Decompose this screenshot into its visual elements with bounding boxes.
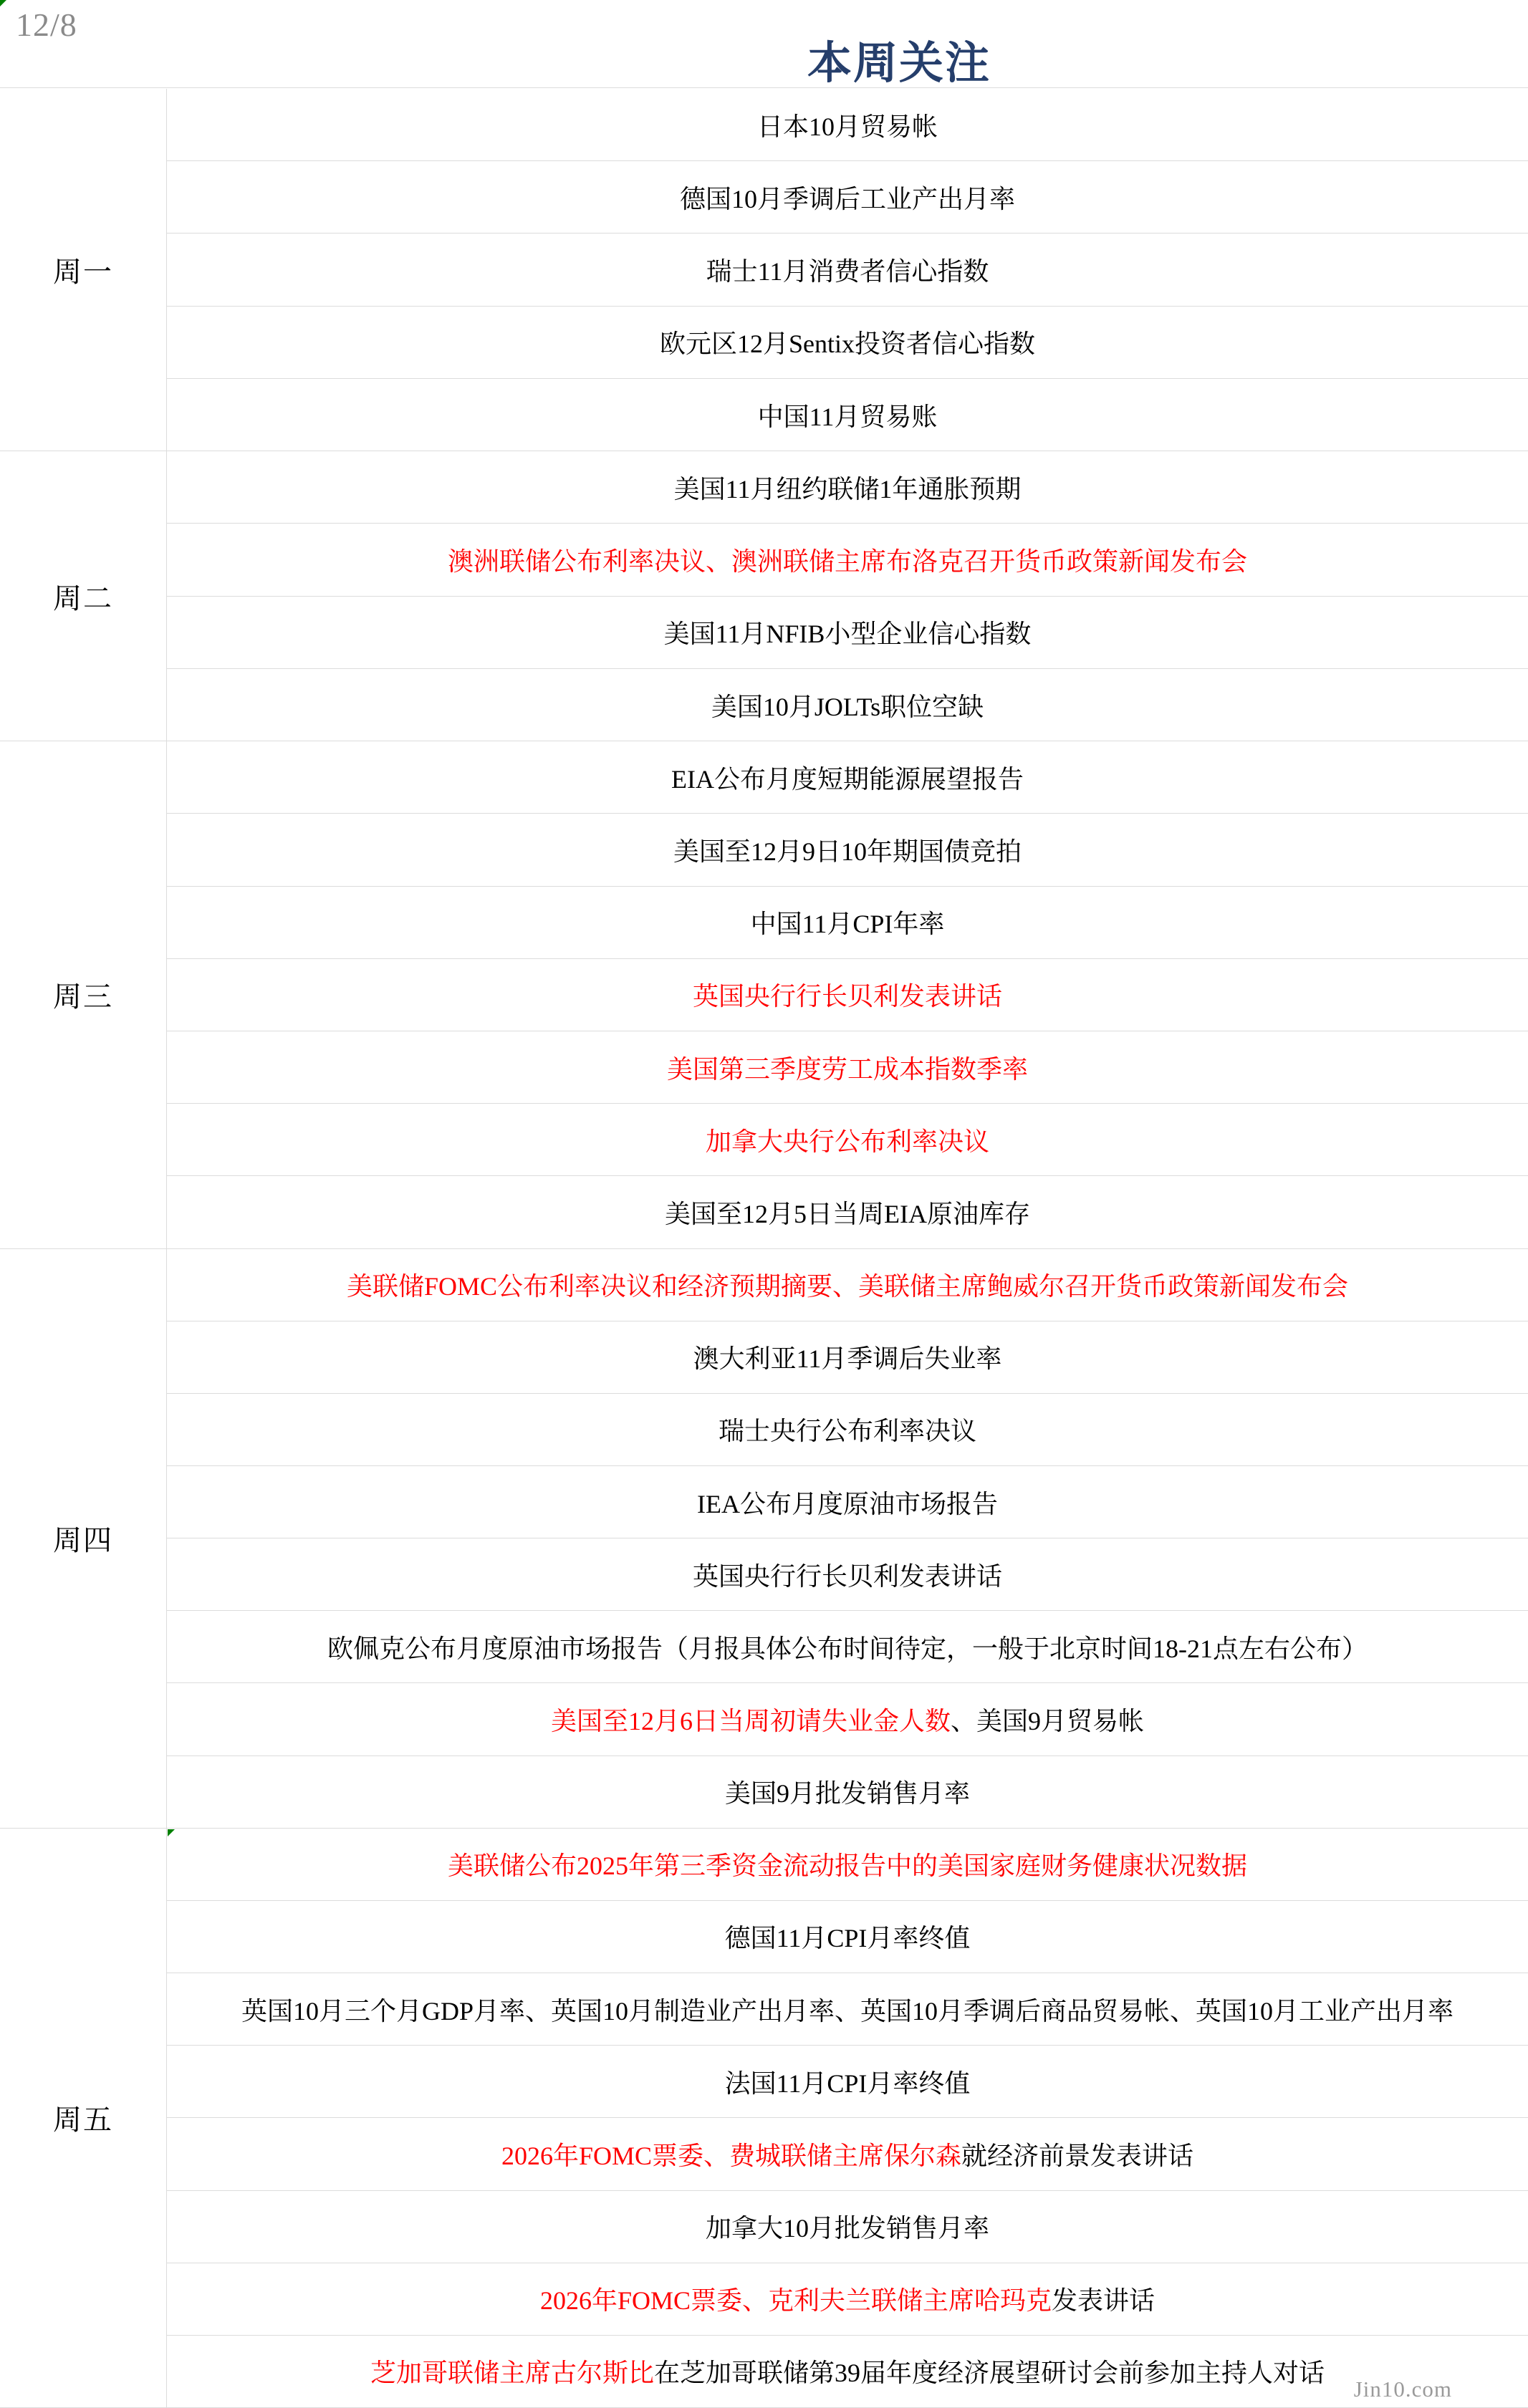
event-text: 加拿大央行公布利率决议	[706, 1122, 989, 1158]
date-label: 12/8	[16, 6, 77, 44]
event-row: 2026年FOMC票委、克利夫兰联储主席哈玛克发表讲话	[167, 2263, 1528, 2336]
event-row: 瑞士11月消费者信心指数	[167, 233, 1528, 306]
event-text: IEA公布月度原油市场报告	[697, 1484, 998, 1521]
event-text: 法国11月CPI月率终值	[725, 2063, 971, 2100]
event-text: 、美国9月贸易帐	[951, 1701, 1144, 1738]
day-label: 周三	[53, 974, 113, 1015]
event-text: 美国至12月9日10年期国债竞拍	[673, 832, 1022, 868]
event-text: 澳大利亚11月季调后失业率	[693, 1339, 1002, 1375]
day-cell: 周五	[0, 1829, 167, 2407]
event-text: 美联储FOMC公布利率决议和经济预期摘要、美联储主席鲍威尔召开货币政策新闻发布会	[347, 1266, 1348, 1303]
event-text: 发表讲话	[1052, 2281, 1155, 2317]
event-text: 欧佩克公布月度原油市场报告（月报具体公布时间待定，一般于北京时间18-21点左右…	[327, 1629, 1368, 1665]
event-row: 中国11月贸易账	[167, 379, 1528, 451]
event-text: 德国10月季调后工业产出月率	[680, 179, 1015, 216]
event-text: EIA公布月度短期能源展望报告	[671, 759, 1024, 796]
event-row: 中国11月CPI年率	[167, 887, 1528, 959]
event-text: 欧元区12月Sentix投资者信心指数	[660, 324, 1035, 360]
event-row: 美国至12月5日当周EIA原油库存	[167, 1176, 1528, 1248]
event-row: 美联储FOMC公布利率决议和经济预期摘要、美联储主席鲍威尔召开货币政策新闻发布会	[167, 1249, 1528, 1321]
event-row: 欧佩克公布月度原油市场报告（月报具体公布时间待定，一般于北京时间18-21点左右…	[167, 1611, 1528, 1683]
event-row: 美国10月JOLTs职位空缺	[167, 669, 1528, 741]
event-text: 美国9月批发销售月率	[725, 1773, 970, 1810]
event-text: 中国11月贸易账	[758, 397, 938, 433]
weekday-section: 周五 美联储公布2025年第三季资金流动报告中的美国家庭财务健康状况数据 德国1…	[0, 1829, 1528, 2408]
event-row: 加拿大10月批发销售月率	[167, 2191, 1528, 2263]
event-text: 美国至12月6日当周初请失业金人数	[551, 1701, 951, 1738]
event-row: 美联储公布2025年第三季资金流动报告中的美国家庭财务健康状况数据	[167, 1829, 1528, 1901]
day-cell: 周四	[0, 1249, 167, 1828]
event-row: EIA公布月度短期能源展望报告	[167, 741, 1528, 814]
weekday-section: 周四 美联储FOMC公布利率决议和经济预期摘要、美联储主席鲍威尔召开货币政策新闻…	[0, 1249, 1528, 1829]
event-row: 美国第三季度劳工成本指数季率	[167, 1031, 1528, 1104]
event-text: 在芝加哥联储第39届年度经济展望研讨会前参加主持人对话	[654, 2353, 1325, 2389]
event-text: 加拿大10月批发销售月率	[706, 2208, 989, 2245]
event-row: 美国9月批发销售月率	[167, 1756, 1528, 1828]
event-text: 瑞士11月消费者信心指数	[706, 251, 989, 288]
event-text: 美国11月纽约联储1年通胀预期	[674, 469, 1022, 506]
section-rows: EIA公布月度短期能源展望报告 美国至12月9日10年期国债竞拍 中国11月CP…	[167, 741, 1528, 1248]
day-label: 周一	[53, 249, 113, 290]
day-cell: 周二	[0, 451, 167, 741]
event-text: 美国第三季度劳工成本指数季率	[667, 1049, 1028, 1086]
weekday-section: 周三 EIA公布月度短期能源展望报告 美国至12月9日10年期国债竞拍 中国11…	[0, 741, 1528, 1248]
day-label: 周五	[53, 2097, 113, 2138]
event-row: 美国至12月6日当周初请失业金人数、美国9月贸易帐	[167, 1683, 1528, 1756]
day-label: 周四	[53, 1518, 113, 1559]
cell-corner-marker-icon	[168, 1829, 175, 1836]
event-row: 日本10月贸易帐	[167, 89, 1528, 161]
header: 12/8 本周关注	[0, 0, 1528, 88]
event-row: 澳洲联储公布利率决议、澳洲联储主席布洛克召开货币政策新闻发布会	[167, 524, 1528, 596]
weekday-section: 周一 日本10月贸易帐 德国10月季调后工业产出月率 瑞士11月消费者信心指数 …	[0, 89, 1528, 451]
section-rows: 日本10月贸易帐 德国10月季调后工业产出月率 瑞士11月消费者信心指数 欧元区…	[167, 89, 1528, 451]
event-text: 美国10月JOLTs职位空缺	[711, 687, 984, 723]
event-text: 美联储公布2025年第三季资金流动报告中的美国家庭财务健康状况数据	[448, 1846, 1247, 1882]
event-row: 芝加哥联储主席古尔斯比在芝加哥联储第39届年度经济展望研讨会前参加主持人对话	[167, 2336, 1528, 2407]
event-row: 美国至12月9日10年期国债竞拍	[167, 814, 1528, 886]
event-text: 美国至12月5日当周EIA原油库存	[665, 1194, 1030, 1231]
event-text: 德国11月CPI月率终值	[725, 1918, 971, 1955]
event-row: 德国11月CPI月率终值	[167, 1901, 1528, 1973]
event-text: 美国11月NFIB小型企业信心指数	[664, 614, 1032, 650]
section-rows: 美联储FOMC公布利率决议和经济预期摘要、美联储主席鲍威尔召开货币政策新闻发布会…	[167, 1249, 1528, 1828]
event-row: 瑞士央行公布利率决议	[167, 1394, 1528, 1466]
day-cell: 周三	[0, 741, 167, 1248]
event-text: 澳洲联储公布利率决议、澳洲联储主席布洛克召开货币政策新闻发布会	[448, 541, 1247, 578]
event-row: 2026年FOMC票委、费城联储主席保尔森就经济前景发表讲话	[167, 2118, 1528, 2190]
event-text: 2026年FOMC票委、费城联储主席保尔森	[501, 2136, 961, 2172]
event-text: 2026年FOMC票委、克利夫兰联储主席哈玛克	[540, 2281, 1052, 2317]
event-row: 加拿大央行公布利率决议	[167, 1104, 1528, 1176]
event-row: IEA公布月度原油市场报告	[167, 1466, 1528, 1538]
day-cell: 周一	[0, 89, 167, 451]
event-row: 法国11月CPI月率终值	[167, 2046, 1528, 2118]
event-row: 澳大利亚11月季调后失业率	[167, 1321, 1528, 1394]
event-text: 就经济前景发表讲话	[961, 2136, 1193, 2172]
event-text: 英国10月三个月GDP月率、英国10月制造业产出月率、英国10月季调后商品贸易帐…	[241, 1991, 1453, 2028]
section-rows: 美国11月纽约联储1年通胀预期 澳洲联储公布利率决议、澳洲联储主席布洛克召开货币…	[167, 451, 1528, 741]
event-row: 英国央行行长贝利发表讲话	[167, 959, 1528, 1031]
event-text: 日本10月贸易帐	[757, 107, 938, 143]
event-row: 英国央行行长贝利发表讲话	[167, 1538, 1528, 1611]
event-text: 瑞士央行公布利率决议	[719, 1411, 976, 1448]
event-row: 美国11月纽约联储1年通胀预期	[167, 451, 1528, 524]
event-row: 美国11月NFIB小型企业信心指数	[167, 597, 1528, 669]
page-corner-marker-icon	[0, 0, 6, 6]
event-row: 德国10月季调后工业产出月率	[167, 161, 1528, 233]
page-title: 本周关注	[807, 27, 991, 91]
day-label: 周二	[53, 576, 113, 617]
calendar-table: 周一 日本10月贸易帐 德国10月季调后工业产出月率 瑞士11月消费者信心指数 …	[0, 89, 1528, 2408]
event-row: 欧元区12月Sentix投资者信心指数	[167, 307, 1528, 379]
weekday-section: 周二 美国11月纽约联储1年通胀预期 澳洲联储公布利率决议、澳洲联储主席布洛克召…	[0, 451, 1528, 741]
section-rows: 美联储公布2025年第三季资金流动报告中的美国家庭财务健康状况数据 德国11月C…	[167, 1829, 1528, 2407]
event-text: 芝加哥联储主席古尔斯比	[370, 2353, 654, 2389]
event-text: 中国11月CPI年率	[751, 904, 945, 940]
event-text: 英国央行行长贝利发表讲话	[693, 1556, 1002, 1593]
event-row: 英国10月三个月GDP月率、英国10月制造业产出月率、英国10月季调后商品贸易帐…	[167, 1973, 1528, 2046]
watermark: Jin10.com	[1354, 2376, 1452, 2402]
event-text: 英国央行行长贝利发表讲话	[693, 976, 1002, 1013]
